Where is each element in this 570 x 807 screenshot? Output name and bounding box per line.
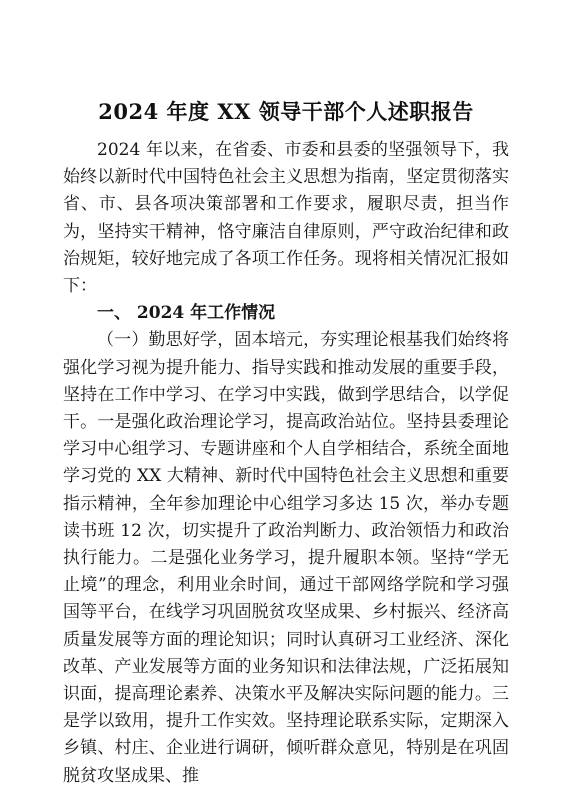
section-heading: 一、 2024 年工作情况 <box>63 300 509 327</box>
document-page: 2024 年度 XX 领导干部个人述职报告 2024 年以来，在省委、市委和县委… <box>0 0 570 807</box>
paragraph-intro: 2024 年以来，在省委、市委和县委的坚强领导下，我始终以新时代中国特色社会主义… <box>63 137 509 300</box>
document-content: 2024 年度 XX 领导干部个人述职报告 2024 年以来，在省委、市委和县委… <box>63 96 509 790</box>
document-title: 2024 年度 XX 领导干部个人述职报告 <box>63 96 509 128</box>
paragraph-section1-body: （一）勤思好学，固本培元，夯实理论根基我们始终将强化学习视为提升能力、指导实践和… <box>63 327 509 789</box>
